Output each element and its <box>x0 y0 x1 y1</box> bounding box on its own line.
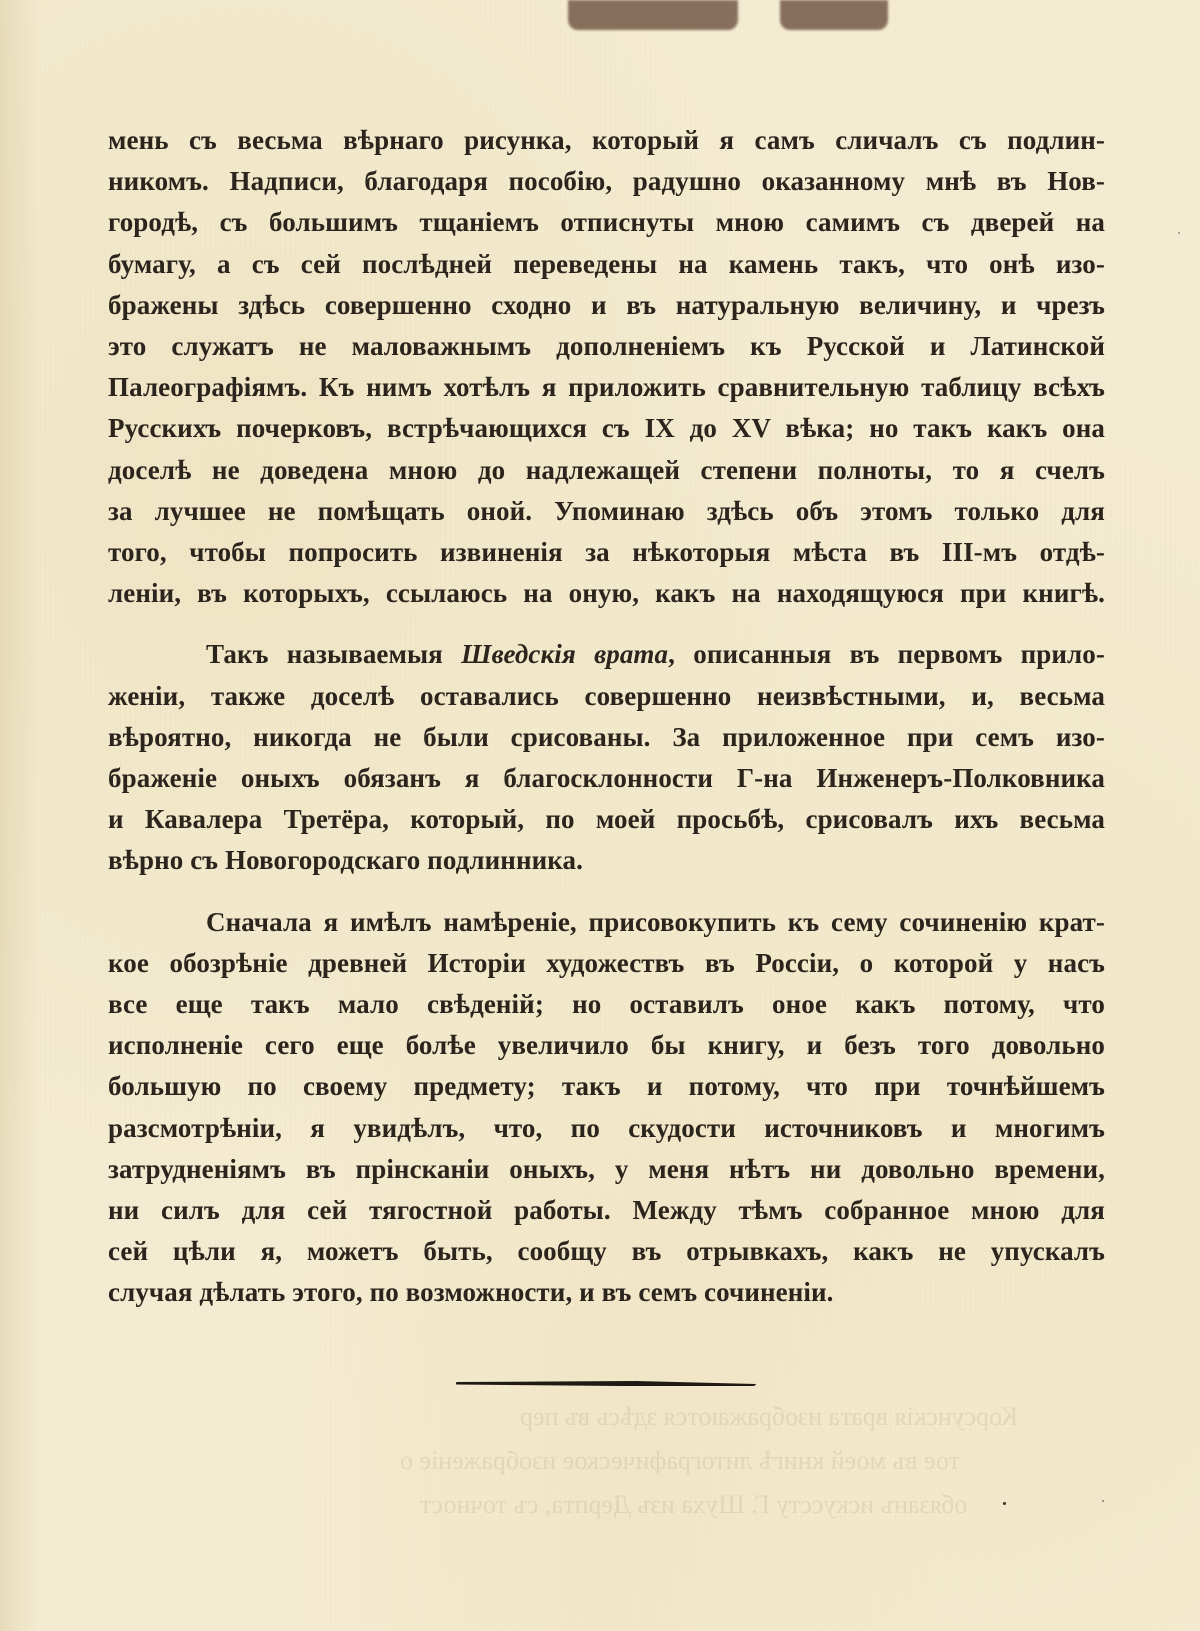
text-line: за лучшее не помѣщать оной. Упоминаю здѣ… <box>108 491 1105 532</box>
bleed-line: обязанъ искуссту Г. Шуха изъ Дерпта, съ … <box>420 1490 967 1520</box>
text-line: бражены здѣсь совершенно сходно и въ нат… <box>108 285 1105 326</box>
section-end-rule <box>456 1381 756 1386</box>
text-line: Сначала я имѣлъ намѣреніе, присовокупить… <box>108 902 1105 943</box>
text-line: сей цѣли я, можетъ быть, сообщу въ отрыв… <box>108 1231 1105 1272</box>
text-line: Русскихъ почерковъ, встрѣчающихся съ IX … <box>108 408 1105 449</box>
page-edge-shadow <box>0 0 40 1631</box>
text-line: вѣроятно, никогда не были срисованы. За … <box>108 717 1105 758</box>
text-line: все еще такъ мало свѣденій; но оставилъ … <box>108 984 1105 1025</box>
body-text: мень съ весьма вѣрнаго рисунка, который … <box>108 120 1105 1314</box>
header-ink-blot-right <box>780 0 888 30</box>
text-line: это служатъ не маловажнымъ дополненіемъ … <box>108 326 1105 367</box>
text-line: затрудненіямъ въ прінсканіи оныхъ, у мен… <box>108 1149 1105 1190</box>
text-line: бумагу, а съ сей послѣдней переведены на… <box>108 244 1105 285</box>
paper-speck <box>1102 1500 1104 1502</box>
text-line: вѣрно съ Новогородскаго подлинника. <box>108 840 1105 881</box>
text-line: Такъ называемыя Шведскія врата, описанны… <box>108 634 1105 675</box>
text-run: , описанныя въ первомъ прило- <box>668 639 1105 669</box>
text-line: большую по своему предмету; такъ и потом… <box>108 1066 1105 1107</box>
text-line: никомъ. Надписи, благодаря пособію, раду… <box>108 161 1105 202</box>
text-line: браженіе оныхъ обязанъ я благосклонности… <box>108 758 1105 799</box>
text-line: леніи, въ которыхъ, ссылаюсь на оную, ка… <box>108 573 1105 614</box>
paragraph-3: Сначала я имѣлъ намѣреніе, присовокупить… <box>108 902 1105 1314</box>
header-ink-blot-left <box>568 0 738 30</box>
paper-speck <box>1003 1502 1006 1505</box>
text-line: ни силъ для сей тягостной работы. Между … <box>108 1190 1105 1231</box>
text-line: городѣ, съ большимъ тщаніемъ отписнуты м… <box>108 202 1105 243</box>
text-line: доселѣ не доведена мною до надлежащей ст… <box>108 450 1105 491</box>
paper-speck <box>1178 232 1180 234</box>
text-line: кое обозрѣніе древней Исторіи художествъ… <box>108 943 1105 984</box>
italic-term-swedish-gates: Шведскія врата <box>461 639 668 669</box>
bleed-line: Корсунскія врата изображаются здѣсь въ п… <box>520 1402 1018 1432</box>
text-line: случая дѣлать этого, по возможности, и в… <box>108 1272 1105 1313</box>
text-line: и Кавалера Третёра, который, по моей про… <box>108 799 1105 840</box>
text-run: Такъ называемыя <box>206 639 461 669</box>
paragraph-2: Такъ называемыя Шведскія врата, описанны… <box>108 634 1105 881</box>
text-line: разсмотрѣніи, я увидѣлъ, что, по скудост… <box>108 1108 1105 1149</box>
scanned-book-page: Корсунскія врата изображаются здѣсь въ п… <box>0 0 1200 1631</box>
text-line: исполненіе сего еще болѣе увеличило бы к… <box>108 1025 1105 1066</box>
bleed-line: тое въ моей книгѣ литографическое изобра… <box>400 1446 960 1476</box>
text-line: того, чтобы попросить извиненія за нѣкот… <box>108 532 1105 573</box>
text-line: мень съ весьма вѣрнаго рисунка, который … <box>108 120 1105 161</box>
paragraph-1: мень съ весьма вѣрнаго рисунка, который … <box>108 120 1105 614</box>
text-line: Палеографіямъ. Къ нимъ хотѣлъ я приложит… <box>108 367 1105 408</box>
text-line: женіи, также доселѣ оставались совершенн… <box>108 676 1105 717</box>
